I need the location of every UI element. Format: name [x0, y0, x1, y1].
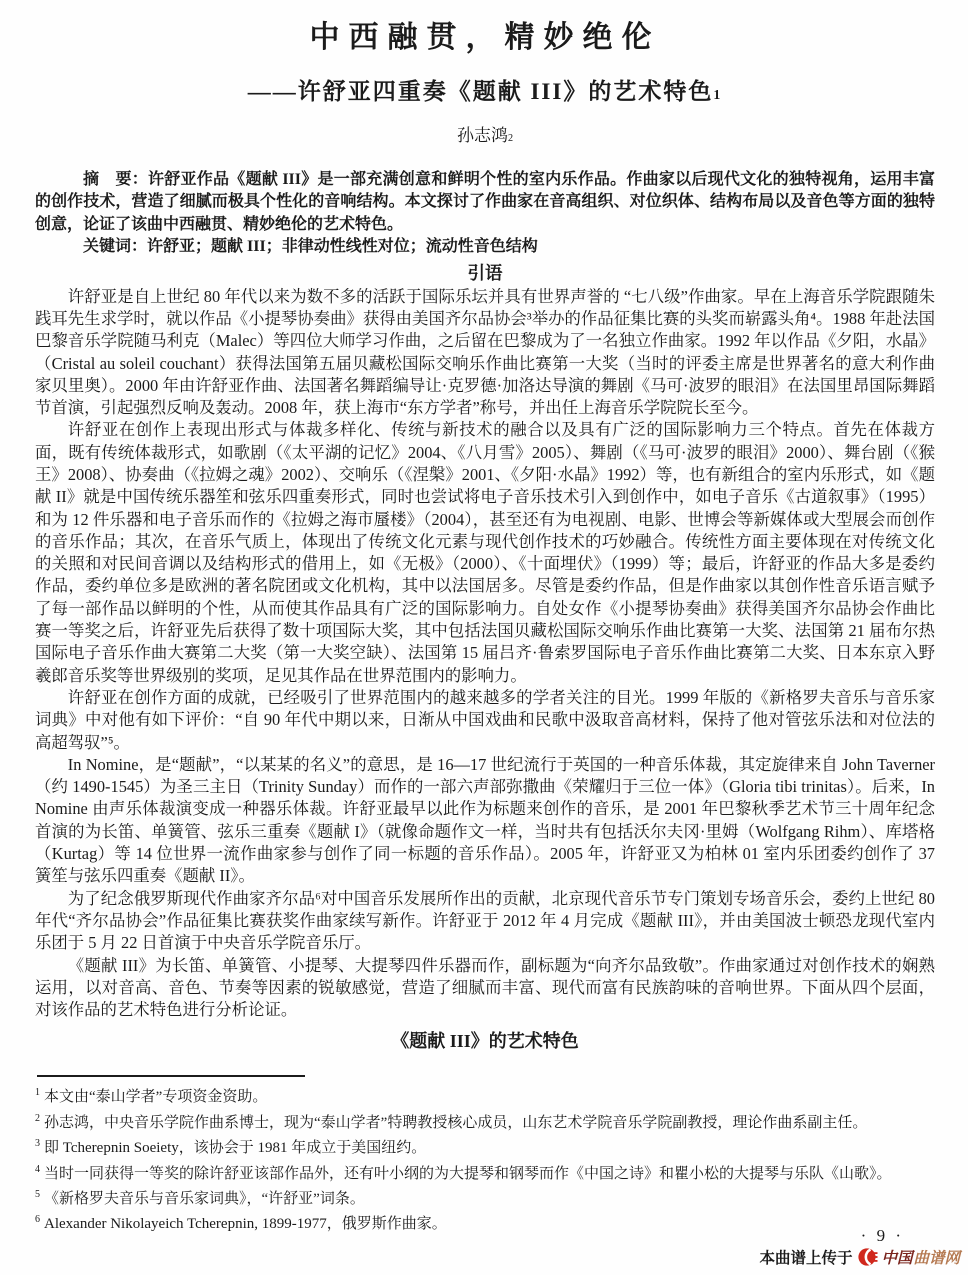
- footnote-item: 3即 Tcherepnin Soeiety，该协会于 1981 年成立于美国纽约…: [35, 1134, 935, 1158]
- paragraph-1: 许舒亚是自上世纪 80 年代以来为数不多的活跃于国际乐坛并具有世界声誉的 “七八…: [35, 286, 935, 420]
- footnote-item: 1本文由“泰山学者”专项资金资助。: [35, 1083, 935, 1107]
- footnote-number: 1: [35, 1087, 40, 1098]
- paragraph-5: 为了纪念俄罗斯现代作曲家齐尔品⁶对中国音乐发展所作出的贡献，北京现代音乐节专门策…: [35, 888, 935, 955]
- footnote-divider: [37, 1075, 305, 1077]
- keywords-line: 关键词：许舒亚；题献 III；非律动性线性对位；流动性音色结构: [35, 236, 935, 258]
- page-number: · 9 ·: [861, 1226, 904, 1246]
- footnote-number: 6: [35, 1214, 40, 1225]
- author-footnote-ref: 2: [508, 133, 513, 144]
- subtitle-text: ——许舒亚四重奏《题献 III》的艺术特色: [248, 79, 714, 104]
- page-subtitle: ——许舒亚四重奏《题献 III》的艺术特色1: [35, 73, 935, 106]
- abstract-paragraph: 摘 要：许舒亚作品《题献 III》是一部充满创意和鲜明个性的室内乐作品。作曲家以…: [35, 169, 935, 236]
- footnote-item: 6Alexander Nikolayeich Tcherepnin, 1899-…: [35, 1210, 935, 1234]
- document-page: 中西融贯，精妙绝伦 ——许舒亚四重奏《题献 III》的艺术特色1 孙志鸿2 摘 …: [0, 0, 968, 1275]
- abstract-text: 许舒亚作品《题献 III》是一部充满创意和鲜明个性的室内乐作品。作曲家以后现代文…: [35, 171, 935, 233]
- watermark-brand-part2: 曲谱网: [913, 1246, 960, 1268]
- footnote-text: Alexander Nikolayeich Tcherepnin, 1899-1…: [44, 1216, 447, 1232]
- footnote-item: 4当时一同获得一等奖的除许舒亚该部作品外，还有叶小纲的为大提琴和钢琴而作《中国之…: [35, 1160, 935, 1184]
- footnote-item: 2孙志鸿，中央音乐学院作曲系博士，现为“泰山学者”特聘教授核心成员，山东艺术学院…: [35, 1109, 935, 1133]
- footnote-number: 4: [35, 1164, 40, 1175]
- footnote-number: 2: [35, 1113, 40, 1124]
- footnote-text: 当时一同获得一等奖的除许舒亚该部作品外，还有叶小纲的为大提琴和钢琴而作《中国之诗…: [44, 1166, 892, 1182]
- paragraph-2: 许舒亚在创作上表现出形式与体裁多样化、传统与新技术的融合以及具有广泛的国际影响力…: [35, 419, 935, 687]
- watermark: 本曲谱上传于 中国 曲谱网: [759, 1246, 960, 1268]
- paragraph-4: In Nomine，是“题献”，“以某某的名义”的意思，是 16—17 世纪流行…: [35, 754, 935, 888]
- keywords-text: 许舒亚；题献 III；非律动性线性对位；流动性音色结构: [147, 238, 538, 255]
- footnote-text: 即 Tcherepnin Soeiety，该协会于 1981 年成立于美国纽约。: [44, 1140, 426, 1156]
- watermark-prefix: 本曲谱上传于: [759, 1246, 852, 1268]
- paragraph-6: 《题献 III》为长笛、单簧管、小提琴、大提琴四件乐器而作，副标题为“向齐尔品致…: [35, 955, 935, 1022]
- watermark-brand-part1: 中国: [881, 1246, 912, 1268]
- keywords-label: 关键词：: [83, 238, 147, 255]
- author-name: 孙志鸿: [457, 126, 508, 145]
- paragraph-3: 许舒亚在创作方面的成就，已经吸引了世界范围内的越来越多的学者关注的目光。1999…: [35, 687, 935, 754]
- music-site-logo-icon: [858, 1247, 878, 1267]
- section-heading-features: 《题献 III》的艺术特色: [35, 1029, 935, 1053]
- footnote-item: 5《新格罗夫音乐与音乐家词典》，“许舒亚”词条。: [35, 1185, 935, 1209]
- footnote-number: 5: [35, 1189, 40, 1200]
- footnote-number: 3: [35, 1138, 40, 1149]
- subtitle-footnote-ref: 1: [713, 87, 722, 102]
- author-line: 孙志鸿2: [35, 121, 935, 146]
- footnote-text: 孙志鸿，中央音乐学院作曲系博士，现为“泰山学者”特聘教授核心成员，山东艺术学院音…: [44, 1115, 867, 1131]
- page-title: 中西融贯，精妙绝伦: [35, 12, 935, 56]
- footnote-list: 1本文由“泰山学者”专项资金资助。 2孙志鸿，中央音乐学院作曲系博士，现为“泰山…: [35, 1083, 935, 1234]
- abstract-label: 摘 要：: [83, 171, 148, 188]
- footnote-text: 《新格罗夫音乐与音乐家词典》，“许舒亚”词条。: [44, 1191, 365, 1207]
- section-heading-intro: 引语: [35, 262, 935, 284]
- footnote-text: 本文由“泰山学者”专项资金资助。: [44, 1089, 267, 1105]
